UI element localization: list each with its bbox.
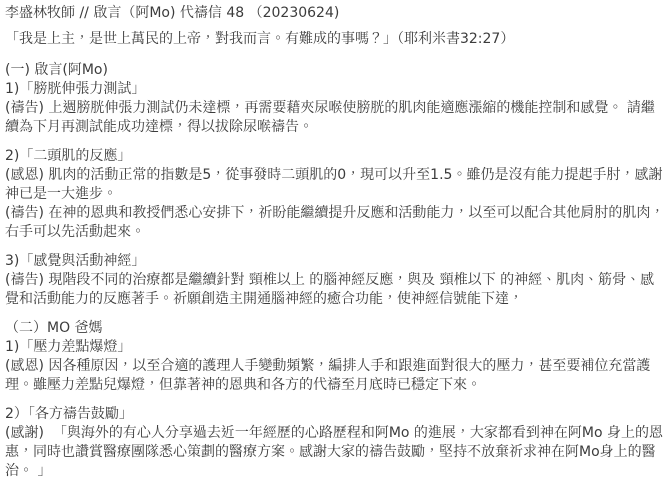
item-title: 1)「膀胱伸張力測試」: [5, 80, 666, 99]
prayer-item: 2)「二頭肌的反應」 (感恩) 肌肉的活動正常的指數是5，從事發時二頭肌的0，現…: [5, 147, 666, 242]
item-title: 1)「壓力差點爆燈」: [5, 338, 666, 357]
item-paragraph: (禱告) 在神的恩典和教授們悉心安排下，祈盼能繼續提升反應和活動能力，以至可以配…: [5, 204, 666, 242]
item-title: 2)「二頭肌的反應」: [5, 147, 666, 166]
section-heading: (一) 啟言(阿Mo): [5, 61, 666, 80]
prayer-letter-document: 李盛林牧師 // 啟言（阿Mo) 代禱信 48 （20230624) 「我是上主…: [0, 0, 670, 487]
scripture-quote: 「我是上主，是世上萬民的上帝，對我而言。有難成的事嗎？」（耶利米書32:27）: [5, 30, 666, 49]
letter-title: 李盛林牧師 // 啟言（阿Mo) 代禱信 48 （20230624): [5, 4, 666, 23]
prayer-item: 2）「各方禱告鼓勵」 (感謝) 「與海外的有心人分享過去近一年經歷的心路歷程和阿…: [5, 405, 666, 481]
prayer-item: 3)「感覺與活動神經」 (禱告) 現階段不同的治療都是繼續針對 頸椎以上 的腦神…: [5, 252, 666, 309]
item-paragraph: (感恩) 因各種原因，以至合適的護理人手變動頻繁，編排人手和跟進面對很大的壓力，…: [5, 357, 666, 395]
item-paragraph: (感謝) 「與海外的有心人分享過去近一年經歷的心路歷程和阿Mo 的進展，大家都看…: [5, 424, 666, 481]
prayer-item: 1)「膀胱伸張力測試」 (禱告) 上週膀胱伸張力測試仍未達標，再需要藉夾尿喉使膀…: [5, 80, 666, 137]
item-paragraph: (感恩) 肌肉的活動正常的指數是5，從事發時二頭肌的0，現可以升至1.5。雖仍是…: [5, 166, 666, 204]
section-heading: （二）MO 爸媽: [5, 319, 666, 338]
item-paragraph: (禱告) 上週膀胱伸張力測試仍未達標，再需要藉夾尿喉使膀胱的肌肉能適應漲縮的機能…: [5, 99, 666, 137]
item-title: 2）「各方禱告鼓勵」: [5, 405, 666, 424]
item-title: 3)「感覺與活動神經」: [5, 252, 666, 271]
item-paragraph: (禱告) 現階段不同的治療都是繼續針對 頸椎以上 的腦神經反應，與及 頸椎以下 …: [5, 271, 666, 309]
section-2: （二）MO 爸媽 1)「壓力差點爆燈」 (感恩) 因各種原因，以至合適的護理人手…: [5, 319, 666, 481]
prayer-item: 1)「壓力差點爆燈」 (感恩) 因各種原因，以至合適的護理人手變動頻繁，編排人手…: [5, 338, 666, 395]
section-1: (一) 啟言(阿Mo) 1)「膀胱伸張力測試」 (禱告) 上週膀胱伸張力測試仍未…: [5, 61, 666, 309]
